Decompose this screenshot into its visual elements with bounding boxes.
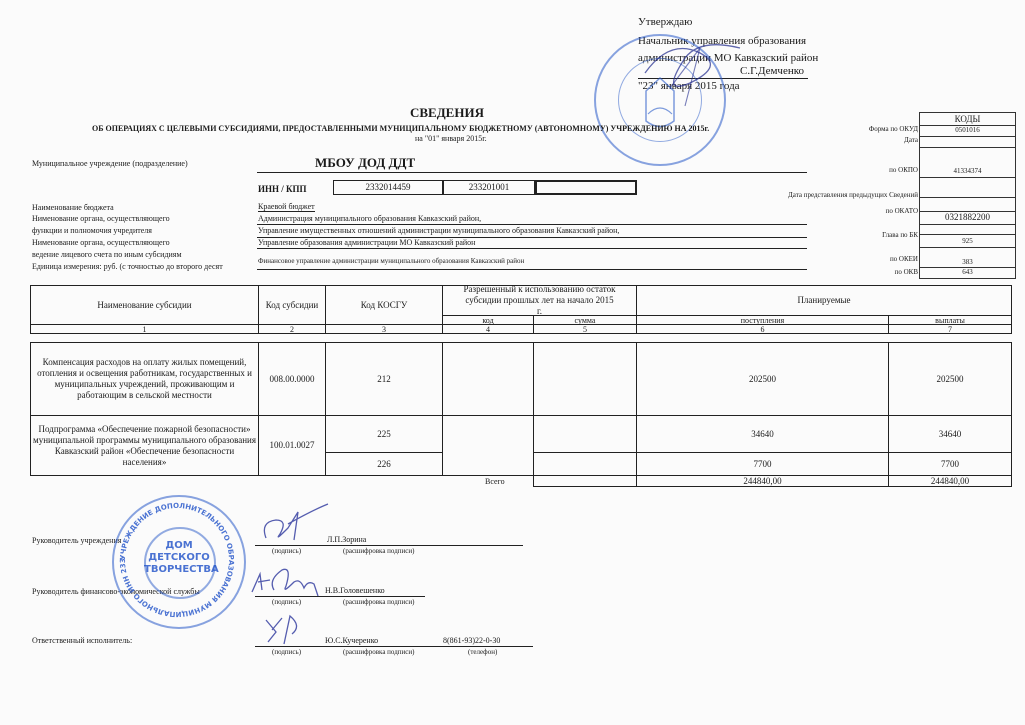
label-okud: Форма по ОКУД	[869, 125, 918, 133]
inn-kpp-label: ИНН / КПП	[258, 184, 307, 194]
unit-label: Единица измерения: руб. (с точностью до …	[32, 262, 223, 271]
total-rem-sum	[533, 475, 637, 487]
label-okpo: по ОКПО	[889, 166, 918, 174]
row2-name: Подпрограмма «Обеспечение пожарной безоп…	[30, 415, 259, 476]
executor-sign-caption: (подпись)	[272, 648, 301, 656]
total-label: Всего	[485, 477, 505, 486]
code-okpo: 41334374	[920, 147, 1015, 177]
executor-decode-caption: (расшифровка подписи)	[343, 648, 414, 656]
budget-label: Наименование бюджета	[32, 203, 114, 212]
header-planned: Планируемые	[636, 285, 1012, 316]
document-title: СВЕДЕНИЯ	[410, 105, 484, 121]
approval-signature	[630, 28, 760, 108]
inn-field: 2332014459	[333, 180, 443, 195]
executor-phone: 8(861-93)22-0-30	[443, 636, 500, 645]
row2b-rem-sum	[533, 452, 637, 476]
row2a-payments: 34640	[888, 415, 1012, 453]
code-okei: 383	[920, 247, 1015, 267]
header-code: Код субсидии	[258, 285, 326, 325]
finance-decode-caption: (расшифровка подписи)	[343, 598, 414, 606]
codes-box: КОДЫ 0501016 41334374 0321882200 925 383…	[919, 112, 1016, 279]
codes-header: КОДЫ	[920, 114, 1015, 124]
budget-value: Краевой бюджет	[258, 202, 315, 212]
founder-label-1: Нименование органа, осуществляющего	[32, 214, 170, 223]
institution-label: Муниципальное учреждение (подразделение)	[32, 159, 188, 168]
code-okv: 643	[920, 267, 1015, 279]
code-okato: 0321882200	[920, 211, 1015, 224]
code-glava-bk: 925	[920, 234, 1015, 247]
founder-label-2: функции и полномочия учредителя	[32, 226, 152, 235]
row1-code: 008.00.0000	[258, 342, 326, 416]
head-label: Руководитель учреждения	[32, 536, 121, 545]
row1-income: 202500	[636, 342, 889, 416]
executor-label: Ответственный исполнитель:	[32, 636, 132, 645]
finance-name: Н.В.Головешенко	[325, 586, 385, 595]
unit-value: Финансовое управление администрации муни…	[258, 257, 524, 265]
report-date: на "01" января 2015г.	[415, 134, 487, 143]
kpp-field: 233201001	[443, 180, 535, 195]
row2a-kosgu: 225	[325, 415, 443, 453]
label-date: Дата	[904, 136, 918, 144]
account-label-2: ведение лицевого счета по иным субсидиям	[32, 250, 182, 259]
row1-payments: 202500	[888, 342, 1012, 416]
row2-rem-code	[442, 415, 534, 476]
header-name: Наименование субсидии	[30, 285, 259, 325]
approve-label: Утверждаю	[638, 16, 692, 28]
account-value-1: Управление образования администрации МО …	[258, 238, 475, 247]
row2b-income: 7700	[636, 452, 889, 476]
code-prev-date	[920, 197, 1015, 211]
row2b-payments: 7700	[888, 452, 1012, 476]
stamp-ring-text: УЧРЕЖДЕНИЕ ДОПОЛНИТЕЛЬНОГО ОБРАЗОВАНИЯ М…	[112, 495, 235, 618]
account-label-1: Нименование органа, осуществляющего	[32, 238, 170, 247]
row1-rem-code	[442, 342, 534, 416]
col-num-5: 5	[533, 324, 637, 334]
extra-code-field	[535, 180, 637, 195]
institution-stamp: ДОМ ДЕТСКОГО ТВОРЧЕСТВА УЧРЕЖДЕНИЕ ДОПОЛ…	[112, 495, 246, 629]
col-num-1: 1	[30, 324, 259, 334]
col-num-7: 7	[888, 324, 1012, 334]
col-num-3: 3	[325, 324, 443, 334]
row1-rem-sum	[533, 342, 637, 416]
header-remainder: Разрешенный к использованию остаток субс…	[442, 285, 637, 316]
row2-code: 100.01.0027	[258, 415, 326, 476]
document-subtitle: ОБ ОПЕРАЦИЯХ С ЦЕЛЕВЫМИ СУБСИДИЯМИ, ПРЕД…	[92, 124, 709, 133]
col-num-2: 2	[258, 324, 326, 334]
label-okv: по ОКВ	[895, 268, 918, 276]
svg-text:УЧРЕЖДЕНИЕ ДОПОЛНИТЕЛЬНОГО ОБР: УЧРЕЖДЕНИЕ ДОПОЛНИТЕЛЬНОГО ОБРАЗОВАНИЯ М…	[112, 495, 235, 618]
total-income: 244840,00	[636, 475, 889, 487]
col-num-4: 4	[442, 324, 534, 334]
label-glava-bk: Глава по БК	[882, 231, 918, 239]
col-num-6: 6	[636, 324, 889, 334]
founder-value-1: Администрация муниципального образования…	[258, 214, 481, 223]
executor-name: Ю.С.Кучеренко	[325, 636, 378, 645]
institution-value: МБОУ ДОД ДДТ	[315, 155, 415, 171]
row1-name: Компенсация расходов на оплату жилых пом…	[30, 342, 259, 416]
code-date	[920, 136, 1015, 147]
code-okud: 0501016	[920, 125, 1015, 136]
executor-signature	[262, 612, 307, 648]
head-decode-caption: (расшифровка подписи)	[343, 547, 414, 555]
header-kosgu: Код КОСГУ	[325, 285, 443, 325]
founder-value-2: Управление имущественных отношений админ…	[258, 226, 619, 235]
head-sign-caption: (подпись)	[272, 547, 301, 555]
row2b-kosgu: 226	[325, 452, 443, 476]
label-prev-date: Дата представления предыдущих Сведений	[788, 191, 918, 199]
total-payments: 244840,00	[888, 475, 1012, 487]
row2a-income: 34640	[636, 415, 889, 453]
executor-phone-caption: (телефон)	[468, 648, 497, 656]
finance-signature	[248, 560, 328, 600]
row2a-rem-sum	[533, 415, 637, 453]
head-signature	[258, 500, 338, 545]
label-okei: по ОКЕИ	[890, 255, 918, 263]
subsidies-table: Наименование субсидии Код субсидии Код К…	[30, 285, 1012, 475]
row1-kosgu: 212	[325, 342, 443, 416]
label-okato: по ОКАТО	[886, 207, 918, 215]
